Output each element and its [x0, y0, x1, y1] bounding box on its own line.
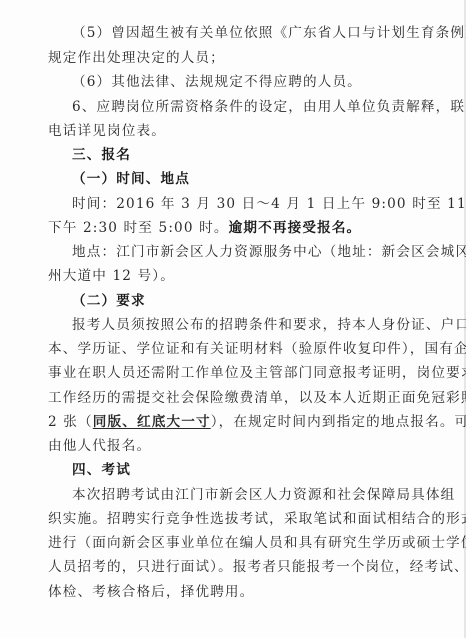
item-6: （6）其他法律、法规规定不得应聘的人员。 — [72, 73, 416, 91]
exam-line-4: 人员招考的，只进行面试）。报考者只能报考一个岗位，经考试、 — [48, 558, 416, 576]
registration-place: ），在规定时间内到指定的地点报名。可 — [211, 414, 466, 430]
clause-6-line-2: 电话详见岗位表。 — [48, 122, 416, 140]
photo-spec: 同版、红底大一寸 — [93, 414, 211, 430]
time-line-1: 时间：2016 年 3 月 30 日～4 月 1 日上午 9:00 时至 11:… — [72, 195, 416, 213]
requirements-line-5: 2 张（同版、红底大一寸），在规定时间内到指定的地点报名。可 — [48, 413, 416, 431]
requirements-line-6: 由他人代报名。 — [48, 437, 416, 455]
subheading-requirements: （二）要求 — [72, 292, 416, 310]
item-5-line-2: 规定作出处理决定的人员； — [48, 49, 416, 67]
exam-line-3: 进行（面向新会区事业单位在编人员和具有研究生学历或硕士学位 — [48, 534, 416, 552]
requirements-line-3: 事业在职人员还需附工作单位及主管部门同意报考证明，岗位要求 — [48, 364, 416, 382]
time-line-2: 下午 2:30 时至 5:00 时。逾期不再接受报名。 — [48, 219, 416, 237]
time-afternoon: 下午 2:30 时至 5:00 时。 — [48, 220, 229, 236]
exam-line-2: 织实施。招聘实行竞争性选拔考试，采取笔试和面试相结合的形式 — [48, 510, 416, 528]
requirements-line-1: 报考人员须按照公布的招聘条件和要求，持本人身份证、户口 — [72, 316, 416, 334]
requirements-line-2: 本、学历证、学位证和有关证明材料（验原件收复印件），国有企 — [48, 340, 416, 358]
late-notice: 逾期不再接受报名。 — [229, 220, 362, 236]
exam-line-1: 本次招聘考试由江门市新会区人力资源和社会保障局具体组 — [72, 486, 416, 504]
clause-6-line-1: 6、应聘岗位所需资格条件的设定，由用人单位负责解释，联系 — [72, 98, 416, 116]
subheading-time-location: （一）时间、地点 — [72, 170, 416, 188]
section-heading-registration: 三、报名 — [72, 146, 416, 164]
requirements-line-4: 工作经历的需提交社会保险缴费清单，以及本人近期正面免冠彩照 — [48, 389, 416, 407]
location-line-1: 地点：江门市新会区人力资源服务中心（地址：新会区会城冈 — [72, 243, 416, 261]
item-5-line-1: （5）曾因超生被有关单位依照《广东省人口与计划生育条例》 — [72, 24, 416, 42]
document-page: （5）曾因超生被有关单位依照《广东省人口与计划生育条例》 规定作出处理决定的人员… — [0, 0, 466, 638]
exam-line-5: 体检、考核合格后，择优聘用。 — [48, 583, 416, 601]
section-heading-exam: 四、考试 — [72, 461, 416, 479]
photo-count: 2 张（ — [48, 414, 93, 430]
location-line-2: 州大道中 12 号）。 — [48, 267, 416, 285]
